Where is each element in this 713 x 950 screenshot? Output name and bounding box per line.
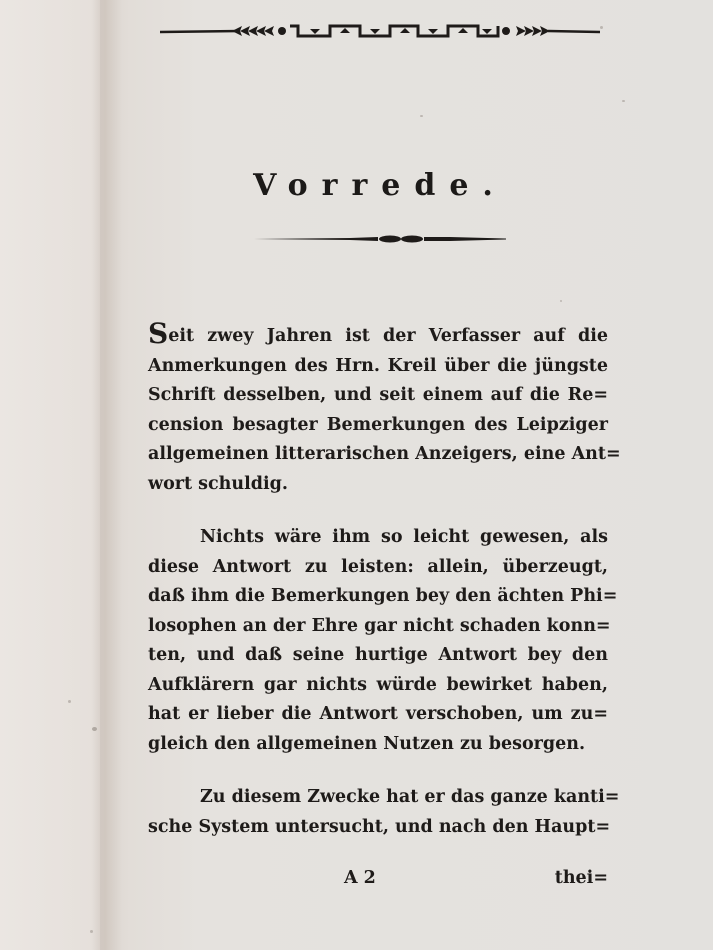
dropcap: S <box>148 317 168 350</box>
ornamental-band-icon <box>160 20 600 40</box>
text-line: Zu diesem Zwecke hat er das ganze kanti= <box>148 783 608 813</box>
left-page-edge <box>0 0 100 950</box>
text-line: Aufklärern gar nichts würde bewirket hab… <box>148 671 608 701</box>
text-line: Nichts wäre ihm so leicht gewesen, als <box>148 523 608 553</box>
page-footer: A 2 thei= <box>148 868 608 898</box>
text-line: Schrift desselben, und seit einem auf di… <box>148 381 608 411</box>
paper-speck <box>622 100 625 102</box>
gutter-shadow <box>92 0 122 950</box>
book-page: Vorrede. Seit zwey Jahren ist der Verfas… <box>0 0 713 950</box>
text-line: sche System untersucht, und nach den Hau… <box>148 813 608 843</box>
signature-mark: A 2 <box>344 868 376 888</box>
text-line: hat er lieber die Antwort verschoben, um… <box>148 700 608 730</box>
body-text: Seit zwey Jahren ist der Verfasser auf d… <box>148 322 608 842</box>
rule-ornament-icon <box>250 233 506 245</box>
text-line-rest: eit zwey Jahren ist der Verfasser auf di… <box>168 326 608 346</box>
paragraph-3: Zu diesem Zwecke hat er das ganze kanti=… <box>148 783 608 842</box>
paper-speck <box>68 700 71 703</box>
text-line: Seit zwey Jahren ist der Verfasser auf d… <box>148 322 608 352</box>
paper-speck <box>92 727 97 731</box>
paragraph-1: Seit zwey Jahren ist der Verfasser auf d… <box>148 322 608 499</box>
paper-speck <box>600 26 603 29</box>
text-line: losophen an der Ehre gar nicht schaden k… <box>148 612 608 642</box>
text-line: gleich den allgemeinen Nutzen zu besorge… <box>148 730 608 760</box>
paper-speck <box>560 300 562 302</box>
text-line: cension besagter Bemerkungen des Leipzig… <box>148 411 608 441</box>
catchword: thei= <box>555 868 608 888</box>
paper-speck <box>90 930 93 933</box>
text-line: ten, und daß seine hurtige Antwort bey d… <box>148 641 608 671</box>
paper-speck <box>420 115 423 117</box>
text-line: wort schuldig. <box>148 470 608 500</box>
text-line: diese Antwort zu leisten: allein, überze… <box>148 553 608 583</box>
page-title: Vorrede. <box>200 168 560 203</box>
text-line: Anmerkungen des Hrn. Kreil über die jüng… <box>148 352 608 382</box>
paragraph-2: Nichts wäre ihm so leicht gewesen, als d… <box>148 523 608 759</box>
text-line: daß ihm die Bemerkungen bey den ächten P… <box>148 582 608 612</box>
text-line: allgemeinen litterarischen Anzeigers, ei… <box>148 440 608 470</box>
